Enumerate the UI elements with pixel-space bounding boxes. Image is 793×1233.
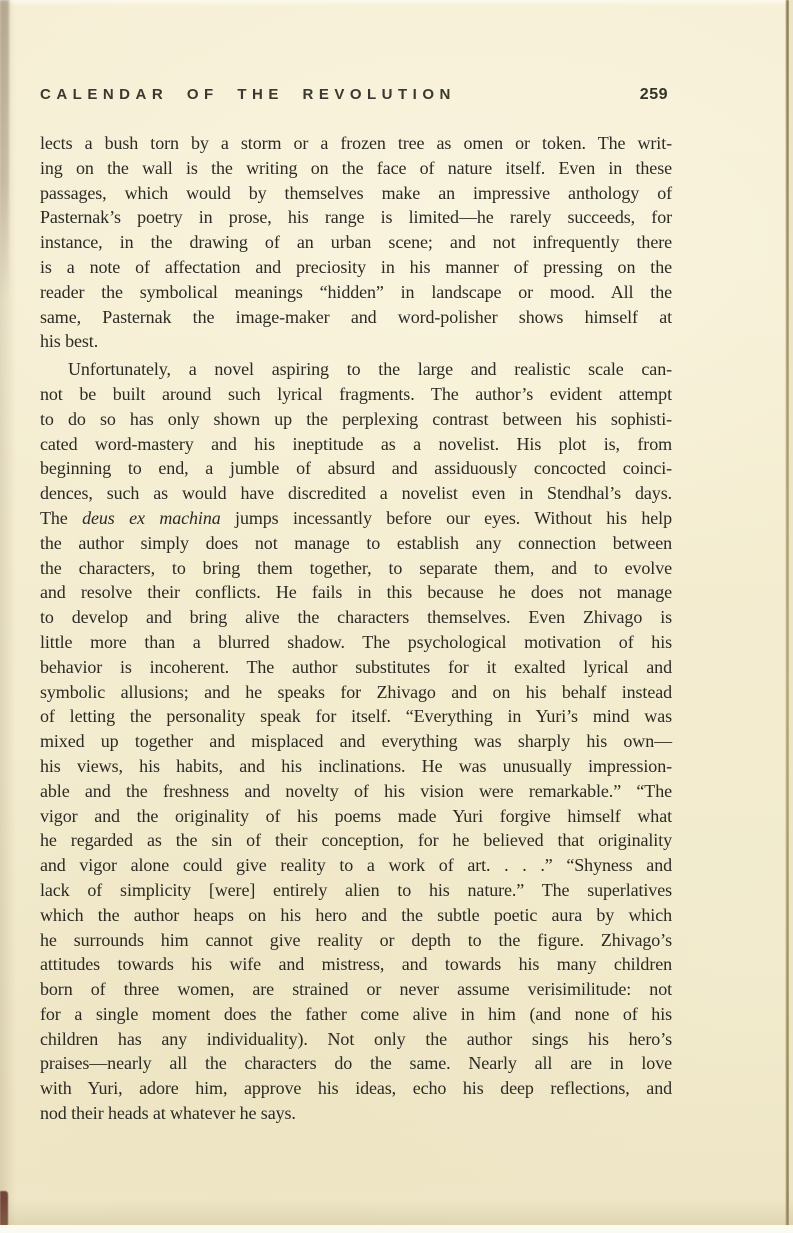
text-segment: The [40,508,82,528]
text-line: is a note of affectation and preciosity … [40,255,672,280]
text-segment: lects a bush torn by a storm or a frozen… [40,133,672,153]
text-segment: to develop and bring alive the character… [40,607,672,627]
text-line: lects a bush torn by a storm or a frozen… [40,131,672,156]
text-segment: with Yuri, adore him, approve his ideas,… [40,1078,672,1098]
text-segment: he regarded as the sin of their concepti… [40,830,672,850]
text-segment: his views, his habits, and his inclinati… [40,756,672,776]
text-segment: Unfortunately, a novel aspiring to the l… [68,359,672,379]
page-edge-bottom-strip [0,1225,793,1233]
text-line: attitudes towards his wife and mistress,… [40,952,672,977]
text-segment: his best. [40,331,98,351]
text-line: mixed up together and misplaced and ever… [40,729,672,754]
text-line: for a single moment does the father come… [40,1002,672,1027]
text-block: lects a bush torn by a storm or a frozen… [40,131,672,1126]
text-segment: able and the freshness and novelty of hi… [40,781,672,801]
text-line: little more than a blurred shadow. The p… [40,630,672,655]
text-segment: same, Pasternak the image-maker and word… [40,307,672,327]
text-line: lack of simplicity [were] entirely alien… [40,878,672,903]
text-segment: children has any individuality). Not onl… [40,1029,672,1049]
text-segment: instance, in the drawing of an urban sce… [40,232,672,252]
text-segment: behavior is incoherent. The author subst… [40,657,672,677]
running-title: CALENDAR OF THE REVOLUTION [40,86,456,103]
text-line: children has any individuality). Not onl… [40,1027,672,1052]
text-segment: dences, such as would have discredited a… [40,483,672,503]
text-segment: the characters, to bring them together, … [40,558,672,578]
italic-text-segment: deus ex machina [82,508,221,528]
running-header: CALENDAR OF THE REVOLUTION 259 [40,86,672,106]
page-edge-right-outer [789,0,793,1233]
text-segment: Pasternak’s poetry in prose, his range i… [40,207,672,227]
text-segment: lack of simplicity [were] entirely alien… [40,880,672,900]
page-content: CALENDAR OF THE REVOLUTION 259 lects a b… [0,0,672,1126]
text-segment: which the author heaps on his hero and t… [40,905,672,925]
text-segment: born of three women, are strained or nev… [40,979,672,999]
text-line: reader the symbolical meanings “hidden” … [40,280,672,305]
text-line: and vigor alone could give reality to a … [40,853,672,878]
text-line: able and the freshness and novelty of hi… [40,779,672,804]
text-line: vigor and the originality of his poems m… [40,804,672,829]
text-line: of letting the personality speak for its… [40,704,672,729]
text-line: Unfortunately, a novel aspiring to the l… [40,357,672,382]
text-line: with Yuri, adore him, approve his ideas,… [40,1076,672,1101]
text-line: not be built around such lyrical fragmen… [40,382,672,407]
text-line: beginning to end, a jumble of absurd and… [40,456,672,481]
text-segment: ing on the wall is the writing on the fa… [40,158,672,178]
text-line: and resolve their conflicts. He fails in… [40,580,672,605]
text-segment: and vigor alone could give reality to a … [40,855,672,875]
text-segment: cated word-mastery and his ineptitude as… [40,434,672,454]
text-line: the author simply does not manage to est… [40,531,672,556]
text-segment: symbolic allusions; and he speaks for Zh… [40,682,672,702]
text-segment: nod their heads at whatever he says. [40,1103,296,1123]
text-line: which the author heaps on his hero and t… [40,903,672,928]
text-segment: beginning to end, a jumble of absurd and… [40,458,672,478]
text-segment: of letting the personality speak for its… [40,706,672,726]
text-line: symbolic allusions; and he speaks for Zh… [40,680,672,705]
text-segment: praises—nearly all the characters do the… [40,1053,672,1073]
text-segment: is a note of affectation and preciosity … [40,257,672,277]
text-line: The deus ex machina jumps incessantly be… [40,506,672,531]
text-segment: jumps incessantly before our eyes. Witho… [221,508,672,528]
text-line: to develop and bring alive the character… [40,605,672,630]
text-line: passages, which would by themselves make… [40,181,672,206]
text-segment: mixed up together and misplaced and ever… [40,731,672,751]
paragraph: lects a bush torn by a storm or a frozen… [40,131,672,354]
text-line: he regarded as the sin of their concepti… [40,828,672,853]
page-number: 259 [640,86,672,104]
page-edge-bottom-shade [0,1199,793,1225]
text-segment: for a single moment does the father come… [40,1004,672,1024]
text-segment: passages, which would by themselves make… [40,183,672,203]
text-segment: reader the symbolical meanings “hidden” … [40,282,672,302]
text-line: the characters, to bring them together, … [40,556,672,581]
text-line: he surrounds him cannot give reality or … [40,928,672,953]
paragraph: Unfortunately, a novel aspiring to the l… [40,357,672,1126]
text-line: behavior is incoherent. The author subst… [40,655,672,680]
text-segment: not be built around such lyrical fragmen… [40,384,672,404]
text-line: praises—nearly all the characters do the… [40,1051,672,1076]
text-line: same, Pasternak the image-maker and word… [40,305,672,330]
text-line: dences, such as would have discredited a… [40,481,672,506]
text-line: to do so has only shown up the perplexin… [40,407,672,432]
text-line: born of three women, are strained or nev… [40,977,672,1002]
text-line: ing on the wall is the writing on the fa… [40,156,672,181]
text-segment: to do so has only shown up the perplexin… [40,409,672,429]
text-segment: the author simply does not manage to est… [40,533,672,553]
text-segment: he surrounds him cannot give reality or … [40,930,672,950]
text-line: cated word-mastery and his ineptitude as… [40,432,672,457]
text-line: his views, his habits, and his inclinati… [40,754,672,779]
book-page-scan: CALENDAR OF THE REVOLUTION 259 lects a b… [0,0,793,1233]
text-line: his best. [40,329,672,354]
text-line: nod their heads at whatever he says. [40,1101,672,1126]
text-segment: and resolve their conflicts. He fails in… [40,582,672,602]
text-segment: little more than a blurred shadow. The p… [40,632,672,652]
text-line: instance, in the drawing of an urban sce… [40,230,672,255]
text-segment: vigor and the originality of his poems m… [40,806,672,826]
text-line: Pasternak’s poetry in prose, his range i… [40,205,672,230]
text-segment: attitudes towards his wife and mistress,… [40,954,672,974]
